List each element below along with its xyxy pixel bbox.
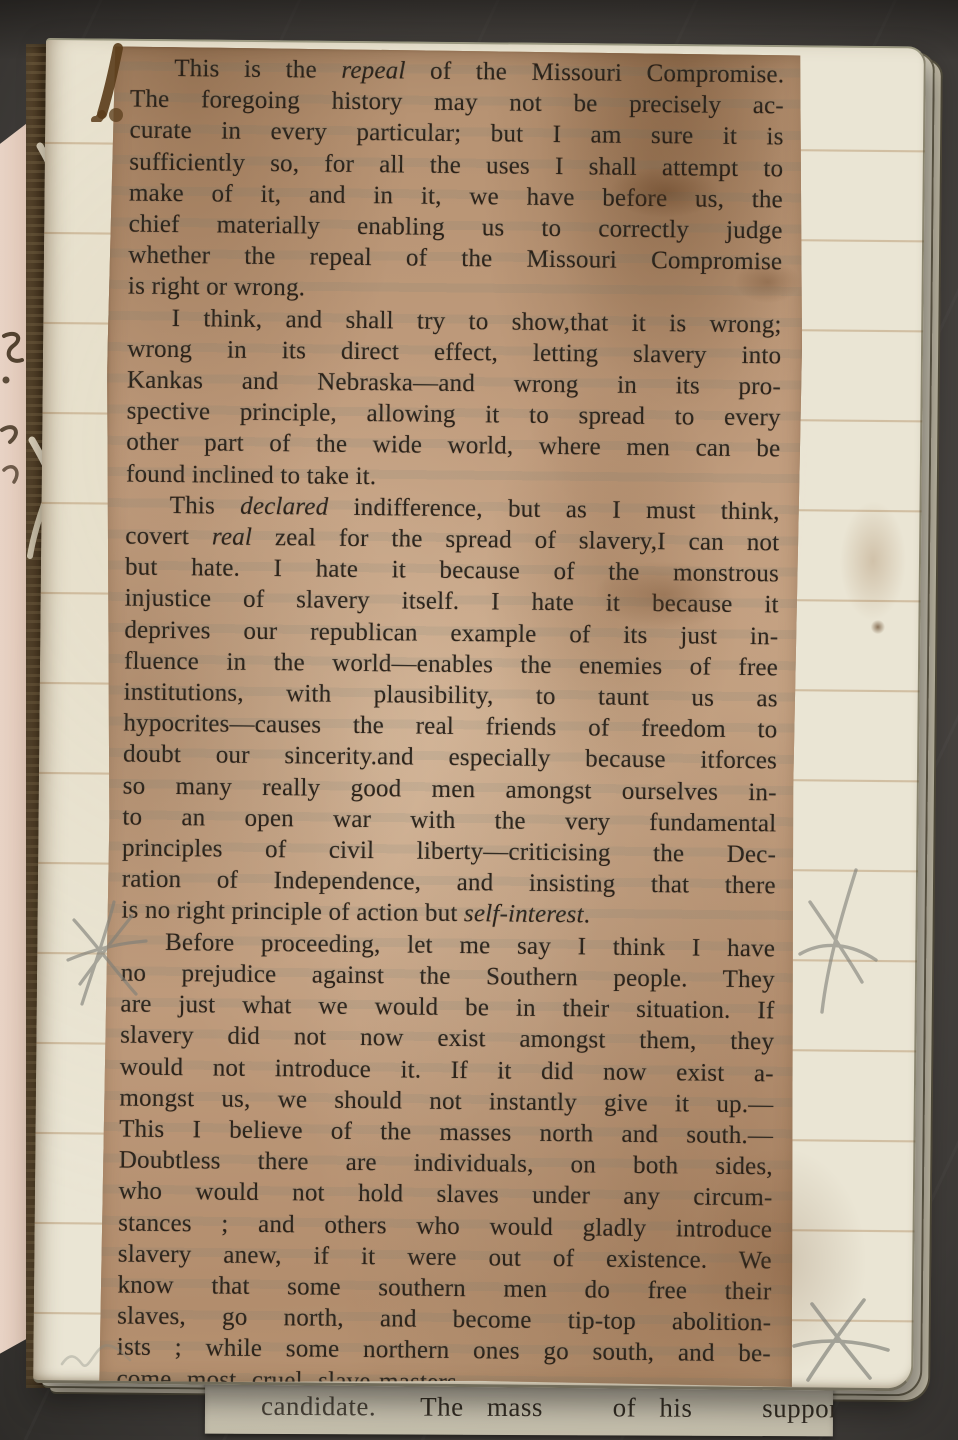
pencil-scribble-bottom-left (56, 1330, 136, 1378)
strip-fragment-right: The mass of his supporte (420, 1385, 833, 1431)
pencil-asterisk-bottom-right (790, 1294, 892, 1388)
clipping-paragraph: This declared indifference, but as I mus… (121, 489, 780, 933)
ink-flourish-lower (0, 418, 26, 502)
strip-partial-text: candidate. The mass of his supporte (261, 1384, 833, 1430)
clipping-paragraph: This is the repeal of the Missouri Compr… (128, 53, 785, 309)
clipping-paragraph: Before proceeding, let me say I think I … (116, 926, 775, 1391)
ink-flourish-upper (0, 328, 30, 398)
pencil-asterisk-left (60, 896, 154, 1010)
album-page: This is the repeal of the Missouri Compr… (33, 38, 926, 1391)
photo-background: candidate. The mass of his supporte This… (0, 0, 958, 1440)
clipping-paragraph: I think, and shall try to show,that it i… (126, 302, 782, 496)
strip-fragment-left: candidate. (261, 1384, 376, 1429)
pencil-cross-right (798, 866, 878, 1018)
stain (870, 620, 885, 634)
clipping-text: This is the repeal of the Missouri Compr… (116, 53, 784, 1392)
newspaper-clipping: This is the repeal of the Missouri Compr… (97, 46, 807, 1389)
stain (836, 496, 909, 627)
handwritten-numeral-mark (78, 42, 126, 122)
